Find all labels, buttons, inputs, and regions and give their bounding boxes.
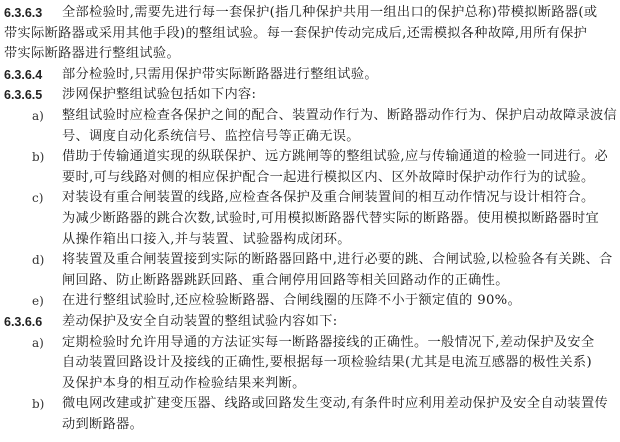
clause-number: 6.3.6.6 [4, 312, 42, 333]
item-label: c) [32, 188, 43, 209]
list-item-c-cont-1: 为减少断路器的跳合次数,试验时,可用模拟断路器代替实际的断路器。使用模拟断路器时… [4, 209, 616, 230]
item-text: 从操作箱出口接入,并与装置、试验器构成闭环。 [62, 230, 351, 251]
list-item-d-cont: 闸回路、防止断路器跳跃回路、重合闸停用回路等相关回路动作的正确性。 [4, 271, 616, 292]
item-label: b) [32, 394, 44, 415]
item-text: 动到断路器。 [62, 415, 143, 436]
item-label: d) [32, 250, 44, 271]
item-text: 要时,可与线路对侧的相应保护配合一起进行模拟区内、区外故障时保护动作行为的试验。 [62, 168, 595, 189]
item-text: 自动装置回路设计及接线的正确性,要根据每一项检验结果(尤其是电流互感器的极性关系… [62, 353, 592, 374]
list-item-c-cont-2: 从操作箱出口接入,并与装置、试验器构成闭环。 [4, 230, 616, 251]
item-text: 整组试验时应检查各保护之间的配合、装置动作行为、断路器动作行为、保护启动故障录波… [62, 106, 617, 127]
list-item-d: d) 将装置及重合闸装置接到实际的断路器回路中,进行必要的跳、合闸试验,以检验各… [4, 250, 616, 271]
item-text: 将装置及重合闸装置接到实际的断路器回路中,进行必要的跳、合闸试验,以检验各有关跳… [62, 250, 613, 271]
item-text: 闸回路、防止断路器跳跃回路、重合闸停用回路等相关回路动作的正确性。 [62, 271, 509, 292]
clause-text: 带实际断路器进行整组试验。 [4, 44, 180, 65]
clause-number: 6.3.6.5 [4, 85, 42, 106]
list-item-c: c) 对装设有重合闸装置的线路,应检查各保护及重合闸装置间的相互动作情况与设计相… [4, 188, 616, 209]
item-text: 及保护本身的相互动作检验结果来判断。 [62, 374, 306, 395]
item-text: 定期检验时允许用导通的方法证实每一断路器接线的正确性。一般情况下,差动保护及安全 [62, 333, 595, 354]
list-item-b-cont: 动到断路器。 [4, 415, 616, 436]
list-item-b: b) 微电网改建或扩建变压器、线路或回路发生变动,有条件时应利用差动保护及安全自… [4, 394, 616, 415]
clause-text: 带实际断路器或采用其他手段)的整组试验。每一套保护传动完成后,还需模拟各种故障,… [4, 24, 587, 45]
item-text: 对装设有重合闸装置的线路,应检查各保护及重合闸装置间的相互动作情况与设计相符合。 [62, 188, 595, 209]
list-item-a: a) 整组试验时应检查各保护之间的配合、装置动作行为、断路器动作行为、保护启动故… [4, 106, 616, 127]
list-item-a-cont-1: 自动装置回路设计及接线的正确性,要根据每一项检验结果(尤其是电流互感器的极性关系… [4, 353, 616, 374]
document-body: 6.3.6.3 全部检验时,需要先进行每一套保护(指几种保护共用一组出口的保护总… [4, 3, 616, 435]
item-label: a) [32, 106, 44, 127]
item-label: e) [32, 291, 44, 312]
item-text: 微电网改建或扩建变压器、线路或回路发生变动,有条件时应利用差动保护及安全自动装置… [62, 394, 608, 415]
item-text: 为减少断路器的跳合次数,试验时,可用模拟断路器代替实际的断路器。使用模拟断路器时… [62, 209, 599, 230]
clause-number: 6.3.6.4 [4, 65, 42, 86]
item-text: 号、调度自动化系统信号、监控信号等正确无误。 [62, 127, 360, 148]
clause-6-3-6-3-line-1: 6.3.6.3 全部检验时,需要先进行每一套保护(指几种保护共用一组出口的保护总… [4, 3, 616, 24]
item-label: b) [32, 147, 44, 168]
list-item-b: b) 借助于传输通道实现的纵联保护、远方跳闸等的整组试验,应与传输通道的检验一同… [4, 147, 616, 168]
list-item-a-cont-2: 及保护本身的相互动作检验结果来判断。 [4, 374, 616, 395]
list-item-a: a) 定期检验时允许用导通的方法证实每一断路器接线的正确性。一般情况下,差动保护… [4, 333, 616, 354]
clause-number: 6.3.6.3 [4, 3, 42, 24]
item-text: 借助于传输通道实现的纵联保护、远方跳闸等的整组试验,应与传输通道的检验一同进行。… [62, 147, 608, 168]
item-label: a) [32, 333, 44, 354]
clause-6-3-6-5: 6.3.6.5 涉网保护整组试验包括如下内容: [4, 85, 616, 106]
list-item-a-cont: 号、调度自动化系统信号、监控信号等正确无误。 [4, 127, 616, 148]
clause-text: 全部检验时,需要先进行每一套保护(指几种保护共用一组出口的保护总称)带模拟断路器… [62, 3, 597, 24]
clause-6-3-6-6: 6.3.6.6 差动保护及安全自动装置的整组试验内容如下: [4, 312, 616, 333]
clause-text: 部分检验时,只需用保护带实际断路器进行整组试验。 [62, 65, 378, 86]
clause-text: 差动保护及安全自动装置的整组试验内容如下: [62, 312, 338, 333]
clause-text: 涉网保护整组试验包括如下内容: [62, 85, 256, 106]
clause-6-3-6-3-line-2: 带实际断路器或采用其他手段)的整组试验。每一套保护传动完成后,还需模拟各种故障,… [4, 24, 616, 45]
item-text: 在进行整组试验时,还应检验断路器、合闸线圈的压降不小于额定值的 90%。 [62, 291, 521, 312]
list-item-e: e) 在进行整组试验时,还应检验断路器、合闸线圈的压降不小于额定值的 90%。 [4, 291, 616, 312]
clause-6-3-6-4: 6.3.6.4 部分检验时,只需用保护带实际断路器进行整组试验。 [4, 65, 616, 86]
clause-6-3-6-3-line-3: 带实际断路器进行整组试验。 [4, 44, 616, 65]
list-item-b-cont: 要时,可与线路对侧的相应保护配合一起进行模拟区内、区外故障时保护动作行为的试验。 [4, 168, 616, 189]
